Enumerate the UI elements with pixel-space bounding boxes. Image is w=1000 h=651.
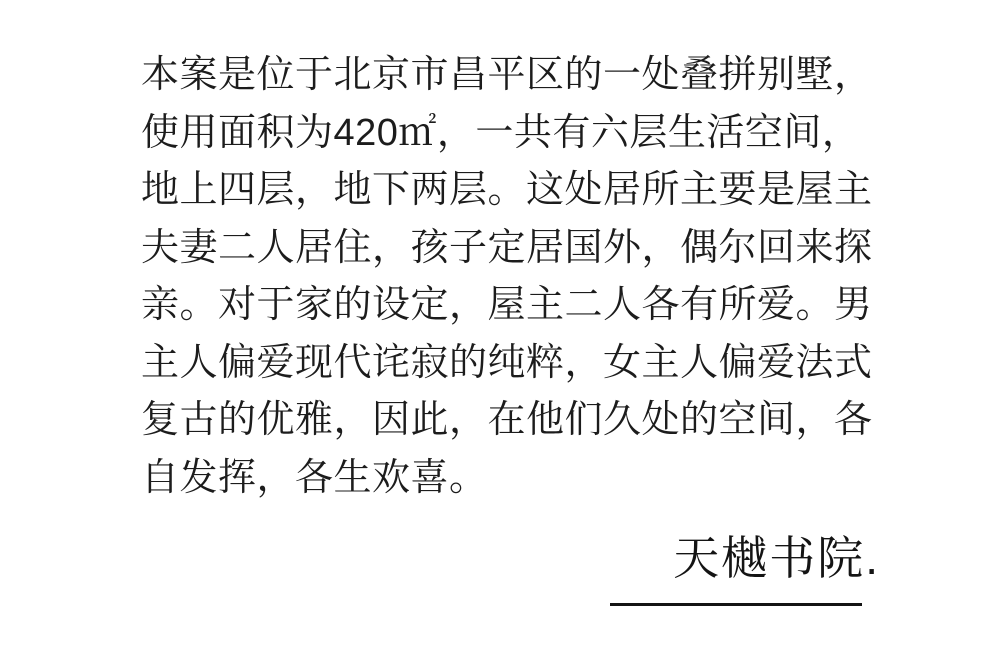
signature-underline [610,603,862,606]
body-text: 本案是位于北京市昌平区的一处叠拼别墅， 使用面积为420㎡，一共有六层生活空间，… [141,47,873,507]
text-line-5: 亲。对于家的设定，屋主二人各有所爱。男 [141,277,873,335]
text-line-1: 本案是位于北京市昌平区的一处叠拼别墅， [141,47,873,105]
signature-text: 天樾书院. [673,527,880,589]
text-line-6: 主人偏爱现代诧寂的纯粹，女主人偏爱法式 [141,335,873,393]
text-line-2: 使用面积为420㎡，一共有六层生活空间， [141,105,873,163]
article-page: 本案是位于北京市昌平区的一处叠拼别墅， 使用面积为420㎡，一共有六层生活空间，… [0,0,1000,651]
text-line-3: 地上四层，地下两层。这处居所主要是屋主 [141,162,873,220]
text-line-8: 自发挥，各生欢喜。 [141,450,873,508]
text-line-4: 夫妻二人居住，孩子定居国外，偶尔回来探 [141,220,873,278]
text-line-7: 复古的优雅，因此，在他们久处的空间，各 [141,392,873,450]
